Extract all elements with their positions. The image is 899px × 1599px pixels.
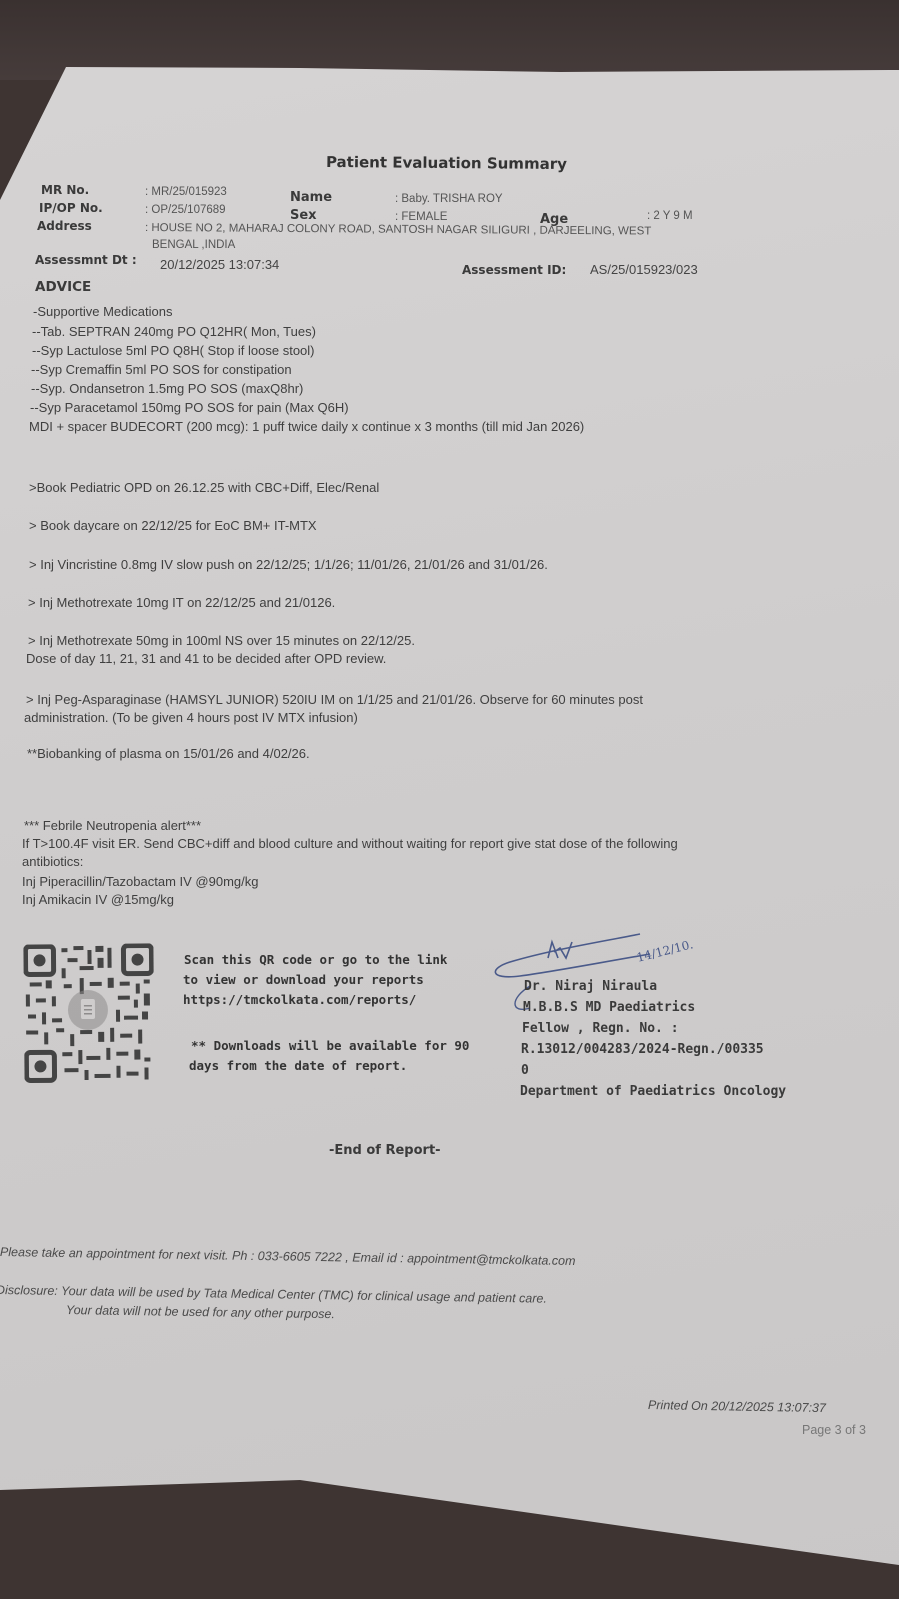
alert-line: If T>100.4F visit ER. Send CBC+diff and … <box>22 836 678 851</box>
age-value: : 2 Y 9 M <box>647 210 693 222</box>
medication-item: MDI + spacer BUDECORT (200 mcg): 1 puff … <box>29 419 584 434</box>
download-note-line-2: days from the date of report. <box>189 1058 407 1073</box>
page-number: Page 3 of 3 <box>802 1423 866 1437</box>
instruction-item: > Inj Methotrexate 50mg in 100ml NS over… <box>28 633 415 648</box>
instruction-item: **Biobanking of plasma on 15/01/26 and 4… <box>27 746 310 761</box>
medication-item: --Syp Lactulose 5ml PO Q8H( Stop if loos… <box>32 343 315 358</box>
appointment-note: Please take an appointment for next visi… <box>0 1245 576 1268</box>
medication-item: --Tab. SEPTRAN 240mg PO Q12HR( Mon, Tues… <box>32 324 316 339</box>
medication-item: --Syp. Ondansetron 1.5mg PO SOS (maxQ8hr… <box>31 381 303 396</box>
alert-line: antibiotics: <box>22 854 83 869</box>
assessment-date-value: 20/12/2025 13:07:34 <box>160 257 279 272</box>
instruction-item: > Book daycare on 22/12/25 for EoC BM+ I… <box>29 518 317 533</box>
antibiotic-item: Inj Piperacillin/Tazobactam IV @90mg/kg <box>22 874 258 889</box>
instruction-item: > Inj Vincristine 0.8mg IV slow push on … <box>29 557 548 572</box>
ipop-label: IP/OP No. <box>39 201 103 215</box>
sex-label: Sex <box>290 208 317 223</box>
antibiotic-item: Inj Amikacin IV @15mg/kg <box>22 892 174 907</box>
reports-link[interactable]: https://tmckolkata.com/reports/ <box>183 992 416 1007</box>
end-of-report: -End of Report- <box>329 1143 441 1158</box>
doctor-degree: M.B.B.S MD Paediatrics <box>523 1000 695 1015</box>
qr-code-icon[interactable] <box>23 943 154 1084</box>
instruction-item: >Book Pediatric OPD on 26.12.25 with CBC… <box>29 480 379 495</box>
printed-on: Printed On 20/12/2025 13:07:37 <box>648 1398 826 1415</box>
ipop-value: : OP/25/107689 <box>145 204 226 216</box>
qr-instruction-line-1: Scan this QR code or go to the link <box>184 952 447 967</box>
disclosure-line-2: Your data will not be used for any other… <box>66 1303 335 1321</box>
address-line-1: : HOUSE NO 2, MAHARAJ COLONY ROAD, SANTO… <box>145 222 651 238</box>
medication-item: -Supportive Medications <box>33 304 172 319</box>
department: Department of Paediatrics Oncology <box>520 1084 786 1099</box>
assessment-date-label: Assessmnt Dt : <box>35 253 137 267</box>
mr-label: MR No. <box>41 183 89 197</box>
instruction-item: administration. (To be given 4 hours pos… <box>24 710 358 725</box>
doctor-name: Dr. Niraj Niraula <box>524 979 657 994</box>
alert-heading: *** Febrile Neutropenia alert*** <box>24 818 201 833</box>
instruction-item: Dose of day 11, 21, 31 and 41 to be deci… <box>26 651 386 666</box>
sex-value: : FEMALE <box>395 211 447 223</box>
download-note-line-1: ** Downloads will be available for 90 <box>191 1038 469 1053</box>
mr-value: : MR/25/015923 <box>145 186 227 198</box>
qr-instruction-line-2: to view or download your reports <box>183 972 424 987</box>
doctor-role: Fellow , Regn. No. : <box>522 1021 679 1036</box>
name-value: : Baby. TRISHA ROY <box>395 193 503 205</box>
name-label: Name <box>290 190 332 205</box>
address-label: Address <box>37 219 92 233</box>
instruction-item: > Inj Peg-Asparaginase (HAMSYL JUNIOR) 5… <box>26 692 643 707</box>
medication-item: --Syp Paracetamol 150mg PO SOS for pain … <box>30 400 349 415</box>
document-title: Patient Evaluation Summary <box>326 153 567 173</box>
patient-evaluation-document: Patient Evaluation Summary MR No. : MR/2… <box>0 0 899 1599</box>
assessment-id-value: AS/25/015923/023 <box>590 262 698 277</box>
advice-heading: ADVICE <box>35 279 91 295</box>
address-line-2: BENGAL ,INDIA <box>152 239 235 251</box>
assessment-id-label: Assessment ID: <box>462 263 566 277</box>
disclosure-line-1: Disclosure: Your data will be used by Ta… <box>0 1283 547 1306</box>
medication-item: --Syp Cremaffin 5ml PO SOS for constipat… <box>31 362 292 377</box>
registration-number-cont: 0 <box>521 1063 529 1078</box>
registration-number: R.13012/004283/2024-Regn./00335 <box>521 1042 764 1057</box>
instruction-item: > Inj Methotrexate 10mg IT on 22/12/25 a… <box>28 595 335 610</box>
